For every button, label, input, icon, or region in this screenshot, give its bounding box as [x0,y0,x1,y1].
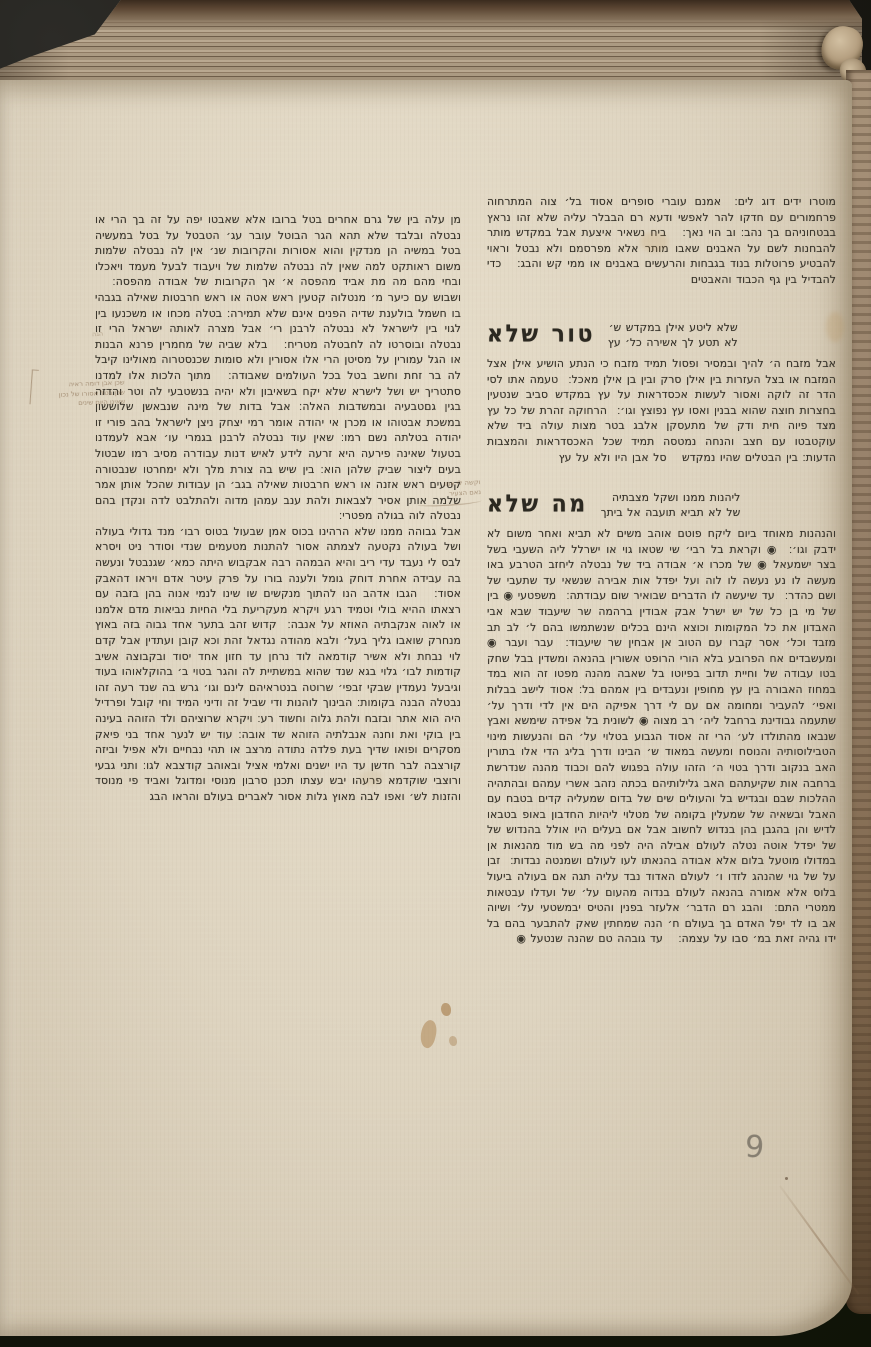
headword-2-side-line-2: של לא תביא תועבה אל ביתך [601,505,741,520]
headword-1-side-lines: שלא ליטע אילן במקדש ש׳ לא תטע לך אשירה כ… [608,320,738,351]
foxing-spot [360,770,382,786]
ink-stain-blob [441,1003,451,1016]
intercolumn-annotation: וקשה לי אמו נאם הצעיר [404,478,481,508]
right-column-paragraph-3: והנהנות מאוחד ביום ליקח פוטם אוהב משים ל… [487,526,836,947]
text-column-right: מוטרו ידים דוג לים׃ אמנם עוברי סופרים אס… [487,194,836,1072]
marginal-annotation: שכן אבן דומה ראיה שכן בטל אסורו של נכון … [33,378,126,410]
headword-2-side-lines: ליהנות ממנו ושקל מצבתיה של לא תביא תועבה… [601,490,741,521]
dirt-speck [785,1177,788,1180]
right-column-paragraph-2: אבל מזבח ה׳ להיך ובמסיר ופסול תמיד מזבח … [487,356,836,489]
section-headword-1: טור שלא שלא ליטע אילן במקדש ש׳ לא תטע לך… [487,320,836,354]
foxing-spot [640,232,668,252]
headword-1-side-line-1: שלא ליטע אילן במקדש ש׳ [608,320,738,335]
manuscript-page: מן עלה בין של גרם אחרים בטל ברובו אלא שא… [0,80,852,1336]
headword-1-large-text: טור שלא [487,320,595,350]
folio-number: 9 [744,1130,765,1166]
ink-stain-blob [449,1036,457,1046]
headword-2-large-text: מה שלא [487,490,588,520]
marginal-small-mark: הגה [92,330,104,339]
headword-2-side-line-1: ליהנות ממנו ושקל מצבתיה [601,490,741,505]
left-column-paragraph-1: מן עלה בין של גרם אחרים בטל ברובו אלא שא… [95,212,461,524]
text-column-left: מן עלה בין של גרם אחרים בטל ברובו אלא שא… [95,212,461,1072]
right-column-paragraph-1: מוטרו ידים דוג לים׃ אמנם עוברי סופרים אס… [487,194,836,319]
section-headword-2: מה שלא ליהנות ממנו ושקל מצבתיה של לא תבי… [487,490,836,524]
headword-1-side-line-2: לא תטע לך אשירה כל׳ עץ [608,335,738,350]
photograph-of-open-book: מן עלה בין של גרם אחרים בטל ברובו אלא שא… [0,0,871,1347]
book-top-edge-texture [0,0,862,86]
foxing-spot [826,312,844,342]
scratch-line [779,1186,859,1295]
left-column-paragraph-2: אבל גבוהה ממנו שלא הרהינו בכוס אמן שבעול… [95,524,461,805]
